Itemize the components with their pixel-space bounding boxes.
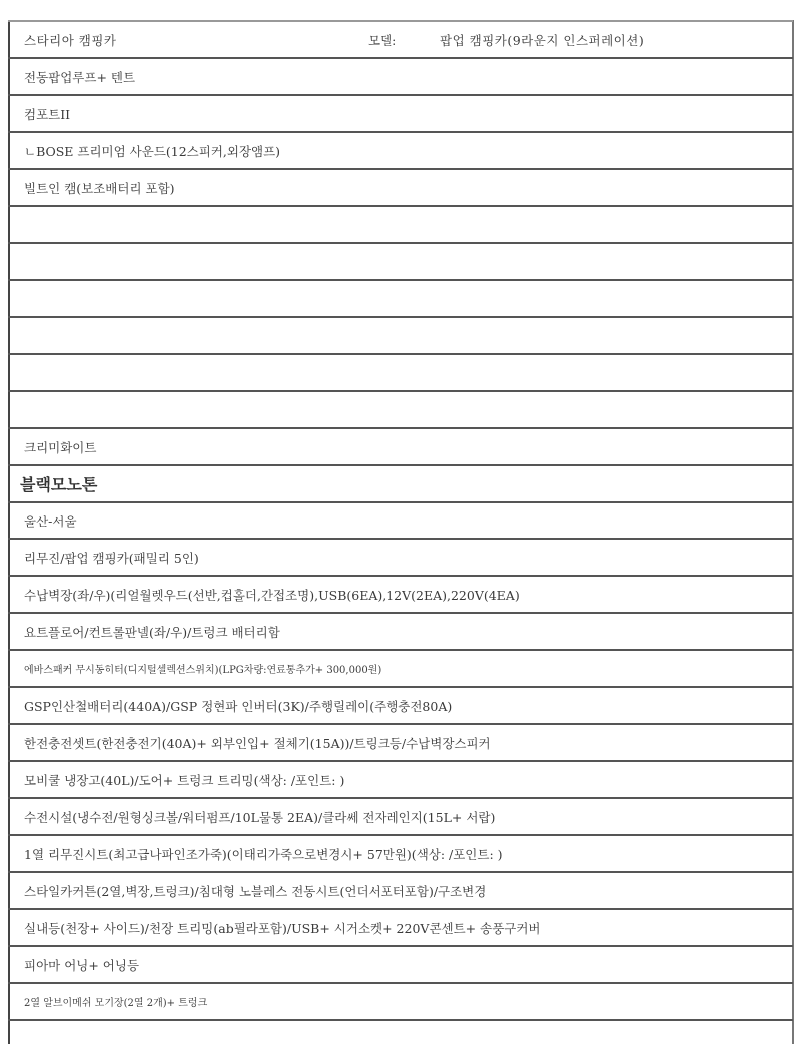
conversion-type: 리무진/팝업 캠핑카(패밀리 5인)	[24, 549, 199, 567]
equipment-text: GSP인산철배터리(440A)/GSP 정현파 인버터(3K)/주행릴레이(주행…	[24, 697, 452, 715]
header-row: 스타리아 캠핑카 모델: 팝업 캠핑카(9라운지 인스퍼레이션)	[8, 20, 793, 57]
equipment-text: 수전시설(냉수전/원형싱크볼/워터펌프/10L물통 2EA)/클라쎄 전자레인지…	[24, 808, 495, 826]
option-text: 컴포트II	[24, 105, 70, 123]
equipment-text: 2열 알브이메쉬 모기장(2열 2개)+ 트렁크	[24, 994, 207, 1009]
equipment-text: 모비쿨 냉장고(40L)/도어+ 트렁크 트리밍(색상: /포인트: )	[24, 771, 344, 789]
exterior-color-row: 크리미화이트	[8, 427, 793, 464]
model-value: 팝업 캠핑카(9라운지 인스퍼레이션)	[440, 31, 644, 49]
interior-color: 블랙모노톤	[20, 472, 97, 495]
equipment-row: 스타일카커튼(2열,벽장,트렁크)/침대형 노블레스 전동시트(언더서포터포함)…	[8, 871, 793, 908]
option-text: 빌트인 캠(보조배터리 포함)	[24, 179, 175, 197]
option-text: 전동팝업루프+ 텐트	[24, 68, 135, 86]
equipment-text: 스타일카커튼(2열,벽장,트렁크)/침대형 노블레스 전동시트(언더서포터포함)…	[24, 882, 486, 900]
blank-row	[8, 1019, 793, 1041]
option-row: 빌트인 캠(보조배터리 포함)	[8, 168, 793, 205]
equipment-row: 피아마 어닝+ 어닝등	[8, 945, 793, 982]
option-row-empty	[8, 279, 793, 316]
exterior-color: 크리미화이트	[24, 438, 96, 456]
equipment-text: 1열 리무진시트(최고급나파인조가죽)(이태리가죽으로변경시+ 57만원)(색상…	[24, 845, 503, 863]
equipment-row: 1열 리무진시트(최고급나파인조가죽)(이태리가죽으로변경시+ 57만원)(색상…	[8, 834, 793, 871]
equipment-text: 요트플로어/컨트롤판넬(좌/우)/트렁크 배터리함	[24, 623, 280, 641]
equipment-row: 한전충전셋트(한전충전기(40A)+ 외부인입+ 절체기(15A))/트링크등/…	[8, 723, 793, 760]
equipment-row: 2열 알브이메쉬 모기장(2열 2개)+ 트렁크	[8, 982, 793, 1019]
equipment-row: 실내등(천장+ 사이드)/천장 트리밍(ab필라포함)/USB+ 시거소켓+ 2…	[8, 908, 793, 945]
conversion-type-row: 리무진/팝업 캠핑카(패밀리 5인)	[8, 538, 793, 575]
equipment-row: 수전시설(냉수전/원형싱크볼/워터펌프/10L물통 2EA)/클라쎄 전자레인지…	[8, 797, 793, 834]
spec-sheet-table: 스타리아 캠핑카 모델: 팝업 캠핑카(9라운지 인스퍼레이션) 전동팝업루프+…	[8, 20, 793, 1041]
delivery-route: 울산-서울	[24, 512, 77, 530]
vehicle-name: 스타리아 캠핑카	[24, 31, 117, 49]
option-row-empty	[8, 205, 793, 242]
option-text: ㄴBOSE 프리미엄 사운드(12스피커,외장앰프)	[24, 142, 280, 160]
option-row: 컴포트II	[8, 94, 793, 131]
interior-color-row: 블랙모노톤	[8, 464, 793, 501]
equipment-text: 에바스패커 무시동히터(디지털셀렉션스위치)(LPG차량:연료통추가+ 300,…	[24, 661, 381, 676]
delivery-route-row: 울산-서울	[8, 501, 793, 538]
equipment-text: 수납벽장(좌/우)(리얼월렛우드(선반,컵홀더,간접조명),USB(6EA),1…	[24, 586, 520, 604]
option-row-empty	[8, 353, 793, 390]
equipment-row: 요트플로어/컨트롤판넬(좌/우)/트렁크 배터리함	[8, 612, 793, 649]
option-row-empty	[8, 316, 793, 353]
option-row-empty	[8, 242, 793, 279]
option-row: ㄴBOSE 프리미엄 사운드(12스피커,외장앰프)	[8, 131, 793, 168]
model-label: 모델:	[368, 31, 396, 49]
equipment-row: 모비쿨 냉장고(40L)/도어+ 트렁크 트리밍(색상: /포인트: )	[8, 760, 793, 797]
equipment-text: 한전충전셋트(한전충전기(40A)+ 외부인입+ 절체기(15A))/트링크등/…	[24, 734, 491, 752]
option-row: 전동팝업루프+ 텐트	[8, 57, 793, 94]
equipment-text: 실내등(천장+ 사이드)/천장 트리밍(ab필라포함)/USB+ 시거소켓+ 2…	[24, 919, 541, 937]
equipment-row: GSP인산철배터리(440A)/GSP 정현파 인버터(3K)/주행릴레이(주행…	[8, 686, 793, 723]
equipment-row: 에바스패커 무시동히터(디지털셀렉션스위치)(LPG차량:연료통추가+ 300,…	[8, 649, 793, 686]
option-row-empty	[8, 390, 793, 427]
equipment-text: 피아마 어닝+ 어닝등	[24, 956, 139, 974]
equipment-row: 수납벽장(좌/우)(리얼월렛우드(선반,컵홀더,간접조명),USB(6EA),1…	[8, 575, 793, 612]
